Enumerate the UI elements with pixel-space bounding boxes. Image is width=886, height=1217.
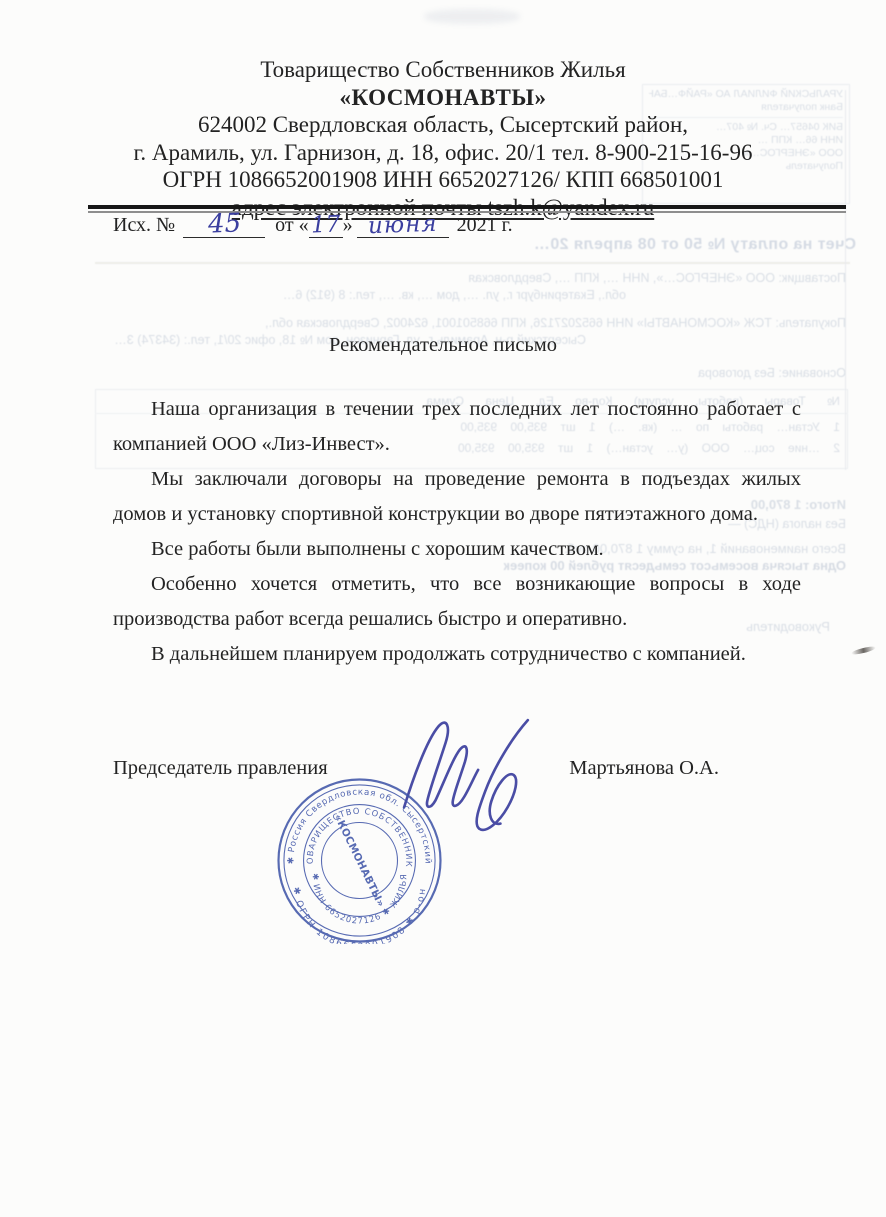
letter-title: Рекомендательное письмо <box>0 334 886 357</box>
close-quote: » <box>343 214 353 236</box>
handwritten-number: 45 <box>207 217 240 230</box>
organization-stamp: ✱ Россия Свердловская обл. Сысертский ✱ … <box>276 777 443 944</box>
bleedthrough-supplier-line: обл., Екатеринбург г., ул. …, дом …, кв.… <box>95 288 626 302</box>
bleedthrough-buyer-line: Покупатель: ТСЖ «КОСМОНАВТЫ» ИНН 6652027… <box>95 316 846 330</box>
scan-smudge <box>424 9 520 24</box>
paragraph-4: Особенно хочется отметить, что все возни… <box>113 567 801 637</box>
from-label: от <box>275 214 293 236</box>
org-address-line2: г. Арамиль, ул. Гарнизон, д. 18, офис. 2… <box>55 139 831 167</box>
reference-line: Исх. №45от «17»июня2021 г. <box>113 214 513 238</box>
month-blank: июня <box>357 214 449 238</box>
stamp-outer-bottom-text: ✱ ОГРН 1086652001908 ✱ р-он <box>291 886 429 944</box>
org-name: «КОСМОНАВТЫ» <box>55 84 831 112</box>
paragraph-5: В дальнейшем планируем продолжать сотруд… <box>113 637 801 672</box>
letter-body: Наша организация в течении трех последни… <box>113 392 801 672</box>
year-label: 2021 г. <box>457 214 513 236</box>
letterhead: Товарищество Собственников Жилья «КОСМОН… <box>55 56 831 221</box>
paragraph-2: Мы заключали договоры на проведение ремо… <box>113 462 801 532</box>
paragraph-1: Наша организация в течении трех последни… <box>113 392 801 462</box>
svg-text:✱ ОГРН 1086652001908 ✱ р-он: ✱ ОГРН 1086652001908 ✱ р-он <box>291 886 429 944</box>
handwritten-month: июня <box>368 218 438 232</box>
stamp-center-text: «КОСМОНАВТЫ» <box>331 812 386 909</box>
scanned-letter-page: Счет на оплату № 50 от 08 апреля 20… Пос… <box>0 0 886 1217</box>
day-blank: 17 <box>309 214 343 238</box>
bleedthrough-vertical-line <box>845 90 846 470</box>
svg-text:✱ ИНН 6652027126 ✱ ЖИЛЬЯ: ✱ ИНН 6652027126 ✱ ЖИЛЬЯ <box>311 873 409 925</box>
bleedthrough-basis-line: Основание: Без договора <box>540 366 846 380</box>
outgoing-number-blank: 45 <box>183 214 265 238</box>
bleedthrough-supplier-line: Поставщик: ООО «ЭНЕРГОС…», ИНН …, КПП …,… <box>95 271 846 285</box>
org-address-line1: 624002 Свердловская область, Сысертский … <box>55 111 831 139</box>
org-registration: ОГРН 1086652001908 ИНН 6652027126/ КПП 6… <box>55 166 831 194</box>
signer-name: Мартьянова О.А. <box>569 757 719 780</box>
paragraph-3: Все работы были выполнены с хорошим каче… <box>113 532 801 567</box>
open-quote: « <box>299 214 309 236</box>
org-type: Товарищество Собственников Жилья <box>55 56 831 84</box>
handwritten-day: 17 <box>311 218 341 231</box>
letterhead-divider-thick <box>88 205 846 209</box>
bleedthrough-rule <box>95 262 850 264</box>
outgoing-label: Исх. № <box>113 214 175 236</box>
pen-smudge-mark <box>851 645 876 656</box>
letterhead-divider-thin <box>88 211 846 213</box>
stamp-inner-bottom-text: ✱ ИНН 6652027126 ✱ ЖИЛЬЯ <box>311 873 409 925</box>
bleedthrough-invoice-title: Счет на оплату № 50 от 08 апреля 20… <box>420 236 856 254</box>
